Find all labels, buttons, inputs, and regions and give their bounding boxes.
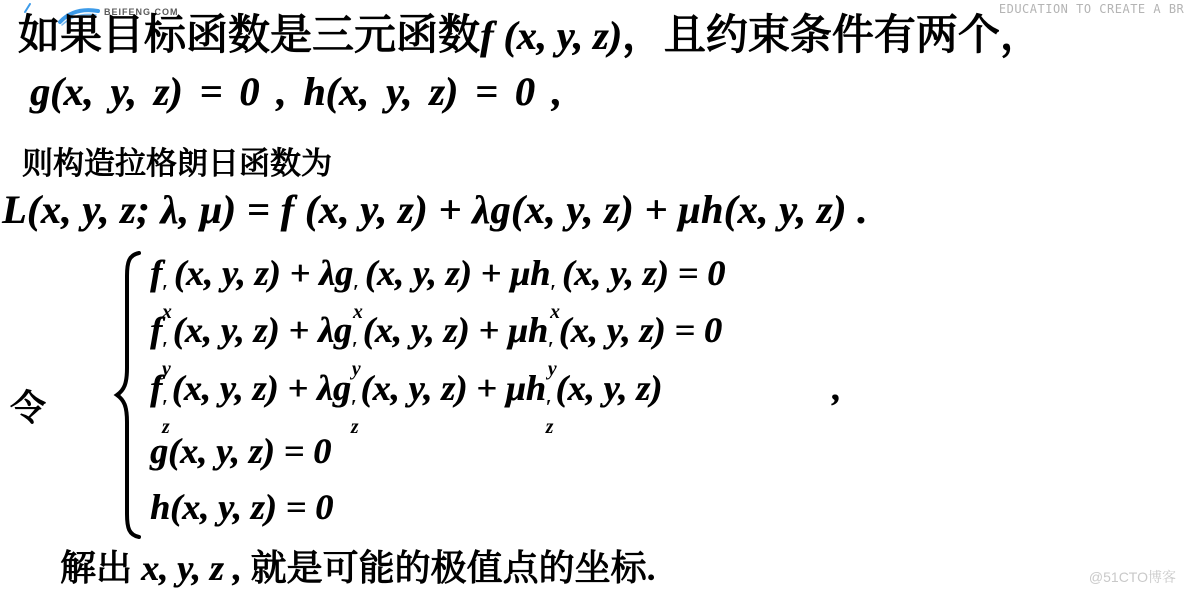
conclusion-line: 解出 x, y, z , 就是可能的极值点的坐标. [60,540,656,591]
math-text: (x, y, z) + [365,253,510,293]
equation-row: h(x, y, z) = 0 [150,486,333,528]
math-base: f [150,368,162,408]
math-text: (x, y, z) + [363,310,508,350]
math-base: f [150,310,162,350]
math-base: λg [318,310,352,350]
math-base: μh [508,310,548,350]
constraints-math: g(x, y, z) = 0 , h(x, y, z) = 0 , [30,69,562,114]
math-base: λg [317,368,351,408]
conclusion-zh-prefix: 解出 [60,548,141,588]
math-base: μh [506,368,546,408]
intro-line-1: 如果目标函数是三元函数f (x, y, z)，且约束条件有两个， [18,2,1042,62]
math-text: (x, y, z) + [174,253,319,293]
prime-subscript: ′z [351,397,359,435]
math-text: (x, y, z) = 0 [170,487,333,527]
construct-lagrange-text: 则构造拉格朗日函数为 [22,146,332,181]
intro-zh-suffix: ，且约束条件有两个， [622,13,1042,59]
prime-subscript: ′z [546,397,554,435]
intro-zh-prefix: 如果目标函数是三元函数 [18,13,480,59]
intro-math-f: f (x, y, z) [480,13,622,58]
equation-system-rows: f′x(x, y, z) + λg′x(x, y, z) + μh′x(x, y… [150,250,1180,550]
math-text: (x, y, z) + [173,310,318,350]
math-text: (x, y, z) = 0 [168,431,331,471]
math-base: f [150,253,162,293]
curly-brace-icon [112,250,142,540]
equation-row: g(x, y, z) = 0 [150,430,331,472]
slide-page: BEIFENG.COM EDUCATION TO CREATE A BRI 如果… [0,0,1184,592]
construct-lagrange-label: 则构造拉格朗日函数为 [22,138,332,183]
math-text: (x, y, z) + [361,368,506,408]
constraints-line: g(x, y, z) = 0 , h(x, y, z) = 0 , [30,68,562,115]
lagrangian-equation: L(x, y, z; λ, μ) = f (x, y, z) + λg(x, y… [2,186,868,233]
math-text: (x, y, z) = 0 [559,310,722,350]
prime-subscript: ′z [162,397,170,435]
math-text: (x, y, z) [555,368,662,408]
system-brace [112,250,142,545]
bottom-right-watermark: @51CTO博客 [1089,567,1176,587]
math-base: g [150,431,168,471]
equation-row: f′z(x, y, z) + λg′z(x, y, z) + μh′z(x, y… [150,367,841,434]
math-text: (x, y, z) + [172,368,317,408]
conclusion-math: x, y, z , [141,548,242,588]
math-text: (x, y, z) = 0 [562,253,725,293]
math-base: λg [319,253,353,293]
conclusion-zh-suffix: 就是可能的极值点的坐标. [242,548,656,588]
math-text: , [832,368,841,408]
math-base: h [150,487,170,527]
math-base: μh [510,253,550,293]
lagrangian-math: L(x, y, z; λ, μ) = f (x, y, z) + λg(x, y… [2,187,868,232]
let-label: 令 [10,380,46,431]
